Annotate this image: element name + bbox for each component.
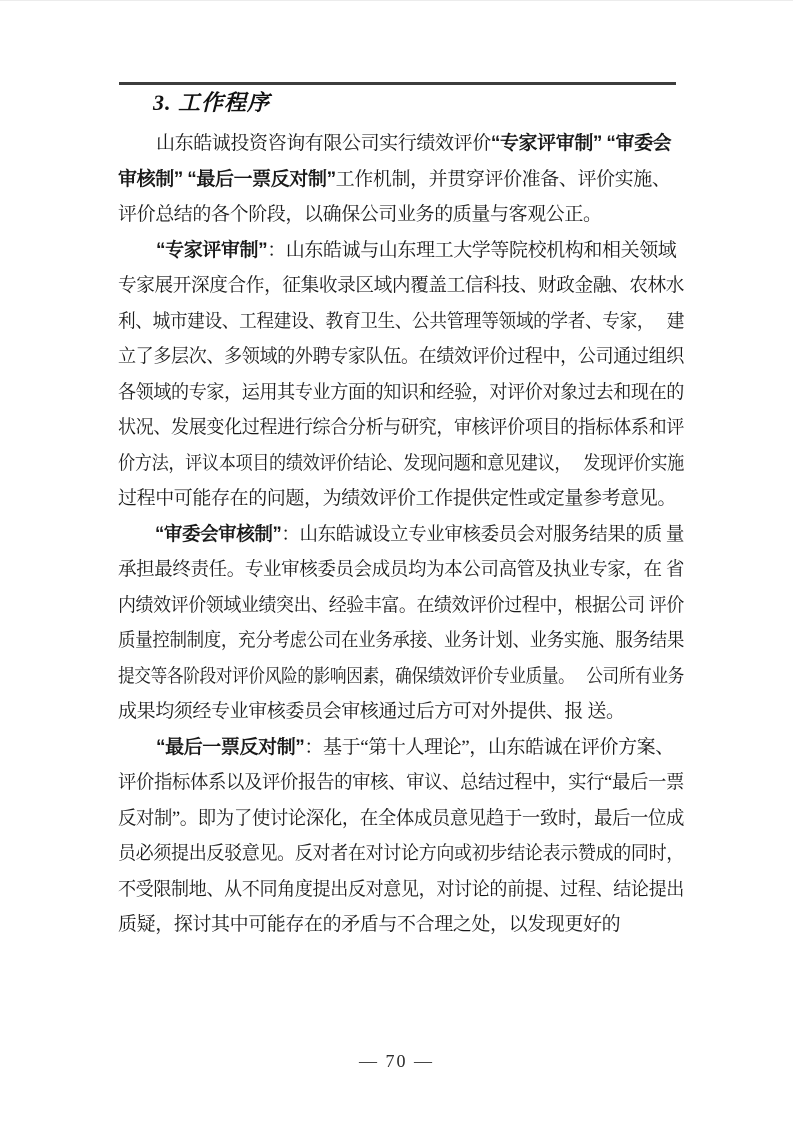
emphasis-term: “专家评审制” — [491, 133, 602, 154]
paragraph: “专家评审制”：山东皓诚与山东理工大学等院校机构和相关领域专家展开深度合作，征集… — [118, 233, 684, 517]
document-page: 3. 工作程序 山东皓诚投资咨询有限公司实行绩效评价“专家评审制” “审委会审核… — [0, 0, 793, 1123]
text-line: 不受限制地、从不同角度提出反对意见，对讨论的前提、过程、结论提出 — [118, 872, 656, 908]
text-segment: 提交等各阶段对评价风险的影响因素，确保绩效评价专业质量。 公司所有业务 — [118, 666, 684, 687]
text-segment: 质量控制制度，充分考虑公司在业务承接、业务计划、业务实施、服务结果 — [118, 630, 684, 651]
section-heading: 3. 工作程序 — [153, 89, 270, 117]
text-line: “专家评审制”：山东皓诚与山东理工大学等院校机构和相关领域 — [118, 233, 684, 269]
paragraph: “最后一票反对制”：基于“第十人理论”，山东皓诚在评价方案、评价指标体系以及评价… — [118, 730, 684, 943]
text-segment: ：山东皓诚与山东理工大学等院校机构和相关领域 — [267, 240, 676, 261]
text-line: 质疑，探讨其中可能存在的矛盾与不合理之处，以发现更好的 — [118, 907, 684, 943]
text-segment: 评价总结的各个阶段，以确保公司业务的质量与客观公正。 — [118, 204, 602, 225]
emphasis-term: “专家评审制” — [156, 240, 267, 261]
text-segment: 承担最终责任。专业审核委员会成员均为本公司高管及执业专家，在 省 — [118, 559, 684, 580]
text-line: 各领域的专家，运用其专业方面的知识和经验，对评价对象过去和现在的 — [118, 375, 656, 411]
text-line: 评价总结的各个阶段，以确保公司业务的质量与客观公正。 — [118, 197, 684, 233]
paragraph: 山东皓诚投资咨询有限公司实行绩效评价“专家评审制” “审委会审核制” “最后一票… — [118, 126, 684, 233]
emphasis-term: “审委会 — [606, 133, 671, 154]
text-segment: 工作机制，并贯穿评价准备、评价实施、 — [336, 169, 671, 190]
text-line: 状况、发展变化过程进行综合分析与研究，审核评价项目的指标体系和评 — [118, 410, 656, 446]
page-number: — 70 — — [359, 1051, 434, 1071]
text-line: 质量控制制度，充分考虑公司在业务承接、业务计划、业务实施、服务结果 — [118, 623, 640, 659]
text-segment: 状况、发展变化过程进行综合分析与研究，审核评价项目的指标体系和评 — [118, 417, 684, 438]
text-line: 提交等各阶段对评价风险的影响因素，确保绩效评价专业质量。 公司所有业务 — [118, 659, 614, 695]
text-line: 成果均须经专业审核委员会审核通过后方可对外提供、报 送。 — [118, 694, 684, 730]
text-segment: 过程中可能存在的问题，为绩效评价工作提供定性或定量参考意见。 — [118, 488, 676, 509]
emphasis-term: “最后一票反对制” — [187, 169, 335, 190]
text-segment: 立了多层次、多领域的外聘专家队伍。在绩效评价过程中，公司通过组织 — [118, 346, 684, 367]
text-line: 立了多层次、多领域的外聘专家队伍。在绩效评价过程中，公司通过组织 — [118, 339, 656, 375]
text-line: 反对制”。即为了使讨论深化，在全体成员意见趋于一致时，最后一位成 — [118, 801, 666, 837]
emphasis-term: 审核制” — [118, 169, 183, 190]
emphasis-term: “审委会审核制” — [155, 524, 281, 545]
text-line: 承担最终责任。专业审核委员会成员均为本公司高管及执业专家，在 省 — [118, 552, 669, 588]
text-line: 价方法，评议本项目的绩效评价结论、发现问题和意见建议， 发现评价实施 — [118, 446, 629, 482]
text-line: 利、城市建设、工程建设、教育卫生、公共管理等领域的学者、专家， 建 — [118, 304, 644, 340]
text-segment: 各领域的专家，运用其专业方面的知识和经验，对评价对象过去和现在的 — [118, 382, 684, 403]
text-segment: ：山东皓诚设立专业审核委员会对服务结果的质 量 — [281, 524, 684, 545]
text-segment: 价方法，评议本项目的绩效评价结论、发现问题和意见建议， 发现评价实施 — [118, 453, 684, 474]
text-line: 评价指标体系以及评价报告的审核、审议、总结过程中，实行“最后一票 — [118, 765, 666, 801]
text-segment: ：基于“第十人理论”，山东皓诚在评价方案、 — [304, 737, 673, 758]
text-segment: 利、城市建设、工程建设、教育卫生、公共管理等领域的学者、专家， 建 — [118, 311, 684, 332]
text-segment: 专家展开深度合作，征集收录区域内覆盖工信科技、财政金融、农林水 — [118, 275, 684, 296]
text-line: 审核制” “最后一票反对制”工作机制，并贯穿评价准备、评价实施、 — [118, 162, 684, 198]
text-line: “审委会审核制”：山东皓诚设立专业审核委员会对服务结果的质 量 — [118, 517, 669, 553]
text-segment: 反对制”。即为了使讨论深化，在全体成员意见趋于一致时，最后一位成 — [118, 808, 684, 829]
text-segment: 山东皓诚投资咨询有限公司实行绩效评价 — [156, 133, 491, 154]
text-line: “最后一票反对制”：基于“第十人理论”，山东皓诚在评价方案、 — [118, 730, 684, 766]
text-segment: 成果均须经专业审核委员会审核通过后方可对外提供、报 送。 — [118, 701, 625, 722]
text-segment: 不受限制地、从不同角度提出反对意见，对讨论的前提、过程、结论提出 — [118, 879, 684, 900]
document-body: 山东皓诚投资咨询有限公司实行绩效评价“专家评审制” “审委会审核制” “最后一票… — [118, 126, 684, 943]
text-segment: 员必须提出反驳意见。反对者在对讨论方向或初步结论表示赞成的同时， — [118, 843, 684, 864]
text-segment: 评价指标体系以及评价报告的审核、审议、总结过程中，实行“最后一票 — [118, 772, 684, 793]
page-footer: — 70 — — [0, 1051, 793, 1072]
emphasis-term: “最后一票反对制” — [156, 737, 304, 758]
text-segment: 内绩效评价领域业绩突出、经验丰富。在绩效评价过程中，根据公司 评价 — [118, 595, 684, 616]
text-line: 专家展开深度合作，征集收录区域内覆盖工信科技、财政金融、农林水 — [118, 268, 674, 304]
text-line: 山东皓诚投资咨询有限公司实行绩效评价“专家评审制” “审委会 — [118, 126, 684, 162]
text-line: 内绩效评价领域业绩突出、经验丰富。在绩效评价过程中，根据公司 评价 — [118, 588, 652, 624]
text-line: 员必须提出反驳意见。反对者在对讨论方向或初步结论表示赞成的同时， — [118, 836, 656, 872]
paragraph: “审委会审核制”：山东皓诚设立专业审核委员会对服务结果的质 量承担最终责任。专业… — [118, 517, 684, 730]
header-rule — [119, 82, 676, 85]
text-segment: 质疑，探讨其中可能存在的矛盾与不合理之处，以发现更好的 — [118, 914, 620, 935]
text-line: 过程中可能存在的问题，为绩效评价工作提供定性或定量参考意见。 — [118, 481, 684, 517]
